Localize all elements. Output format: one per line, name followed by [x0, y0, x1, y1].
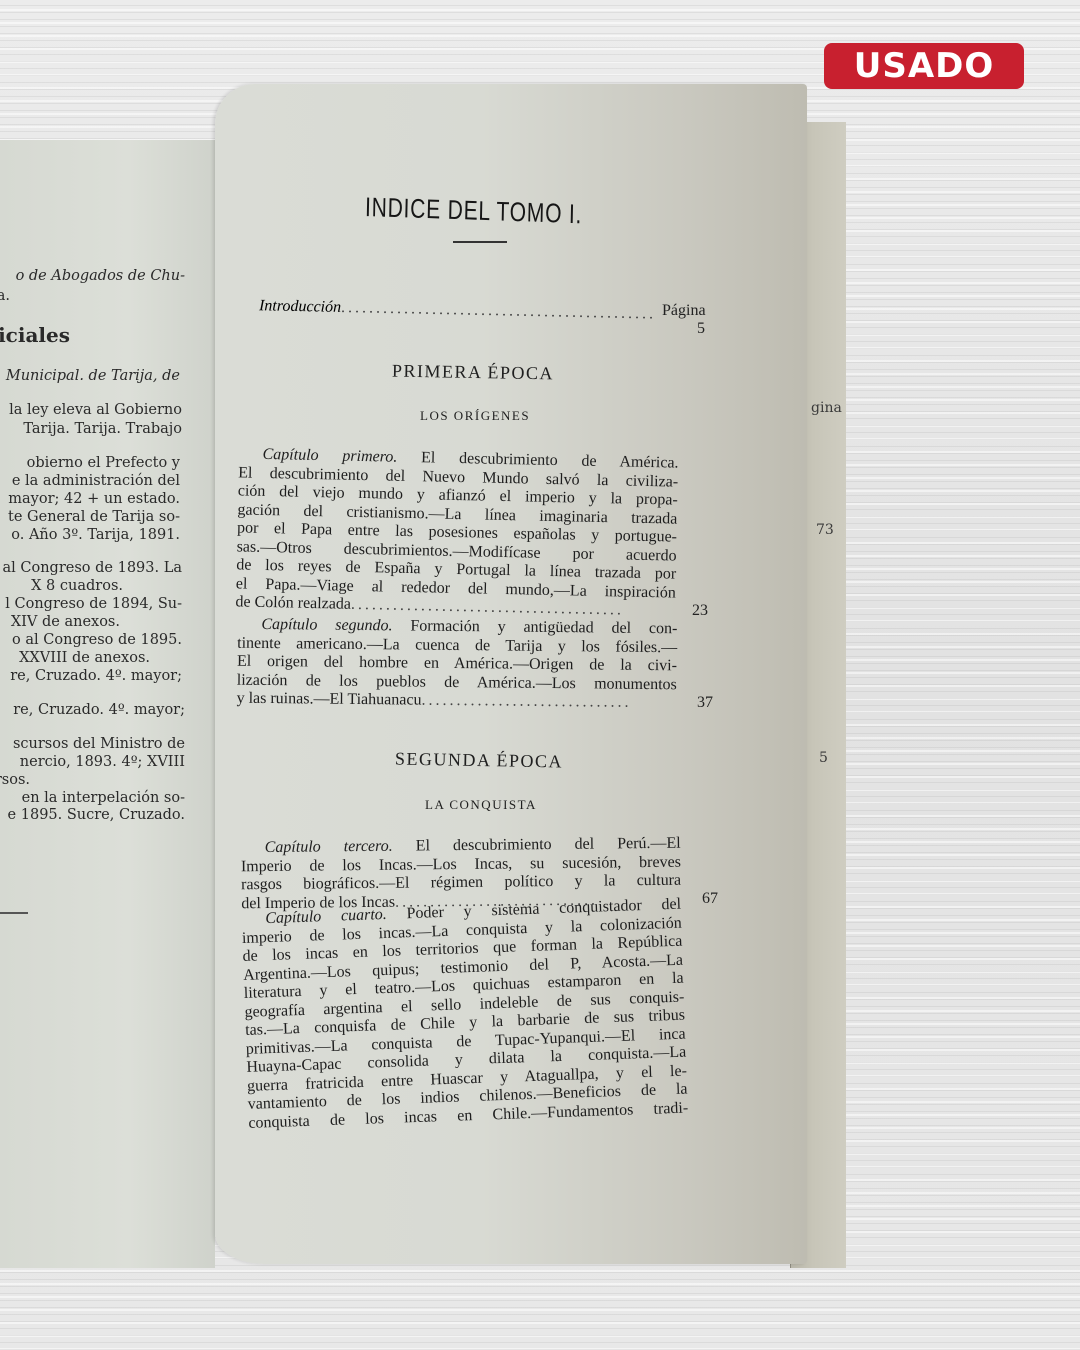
left-page-rule [0, 912, 28, 914]
back-page-text: gina [811, 400, 842, 416]
left-page-line: XXVIII de anexos. [19, 650, 150, 666]
chapter-heading: Capítulo tercero. [265, 838, 393, 856]
leader-dots: ........................................… [341, 299, 656, 323]
left-page-line: l Congreso de 1894, Su- [5, 596, 182, 612]
left-page-line: la ley eleva al Gobierno [9, 402, 182, 418]
left-page-line: rsos. [0, 772, 30, 788]
left-page-line: o de Abogados de Chu- [16, 268, 185, 284]
left-page-line: X 8 cuadros. [31, 578, 123, 594]
chapter-heading: Capítulo cuarto. [265, 906, 387, 927]
section-heading: LOS ORÍGENES [420, 408, 530, 424]
chapter-page-number: 37 [697, 694, 713, 712]
toc-intro-row: Introducción............................… [259, 297, 715, 325]
left-page-line: a. [0, 288, 10, 304]
left-page-line: mayor; 42 + un estado. [8, 491, 180, 507]
toc-chapter-4: Capítulo cuarto. Poder y sistema conquis… [241, 896, 688, 1133]
left-page-line: re, Cruzado. 4º. mayor; [13, 702, 185, 718]
toc-chapter-1: Capítulo primero. El descubrimiento de A… [235, 445, 678, 621]
left-page-line: o al Congreso de 1895. [12, 632, 182, 648]
back-page-text: 5 [819, 750, 828, 766]
left-page-line: e la administración del [12, 473, 180, 489]
left-page-line: en la interpelación so- [22, 790, 185, 806]
left-page-line: re, Cruzado. 4º. mayor; [10, 668, 182, 684]
page-header-label: Página [662, 302, 706, 320]
chapter-page-number: 23 [692, 602, 708, 620]
left-page-line: e 1895. Sucre, Cruzado. [8, 807, 185, 823]
chapter-heading: Capítulo segundo. [261, 616, 392, 634]
chapter-line: de Colón realzada [235, 593, 351, 612]
left-page-line: XIV de anexos. [11, 614, 120, 630]
toc-intro-label: Introducción [259, 297, 341, 316]
chapter-line: Formación y antigüedad del con- [410, 618, 677, 638]
left-book-page: o de Abogados de Chu- a. iciales Municip… [0, 140, 215, 1268]
chapter-line: El descubrimiento del Perú.—El [416, 835, 681, 855]
left-page-line: o. Año 3º. Tarija, 1891. [11, 527, 180, 543]
left-page-line: obierno el Prefecto y [27, 455, 180, 471]
chapter-page-number: 67 [702, 890, 718, 908]
left-page-line: Municipal. de Tarija, de [6, 368, 180, 384]
epoch-heading: PRIMERA ÉPOCA [392, 361, 554, 385]
section-heading: LA CONQUISTA [425, 797, 537, 813]
index-page: INDICE DEL TOMO I. Introducción.........… [215, 84, 807, 1264]
left-page-line: Tarija. Tarija. Trabajo [23, 421, 182, 437]
epoch-heading: SEGUNDA ÉPOCA [395, 749, 563, 773]
chapter-line: y las ruinas.—El Tiahuanacu [237, 690, 422, 709]
left-page-line: scursos del Ministro de [13, 736, 185, 752]
page-title: INDICE DEL TOMO I. [365, 192, 583, 230]
left-page-heading: iciales [0, 323, 70, 347]
used-condition-badge: USADO [824, 43, 1024, 89]
left-page-line: te General de Tarija so- [8, 509, 180, 525]
toc-intro-page: 5 [697, 320, 705, 338]
back-page-text: 73 [816, 522, 834, 538]
title-rule [453, 241, 507, 243]
chapter-heading: Capítulo primero. [262, 446, 397, 466]
left-page-line: al Congreso de 1893. La [3, 560, 183, 576]
left-page-line: nercio, 1893. 4º; XVIII [20, 754, 185, 770]
toc-chapter-2: Capítulo segundo. Formación y antigüedad… [237, 616, 678, 713]
